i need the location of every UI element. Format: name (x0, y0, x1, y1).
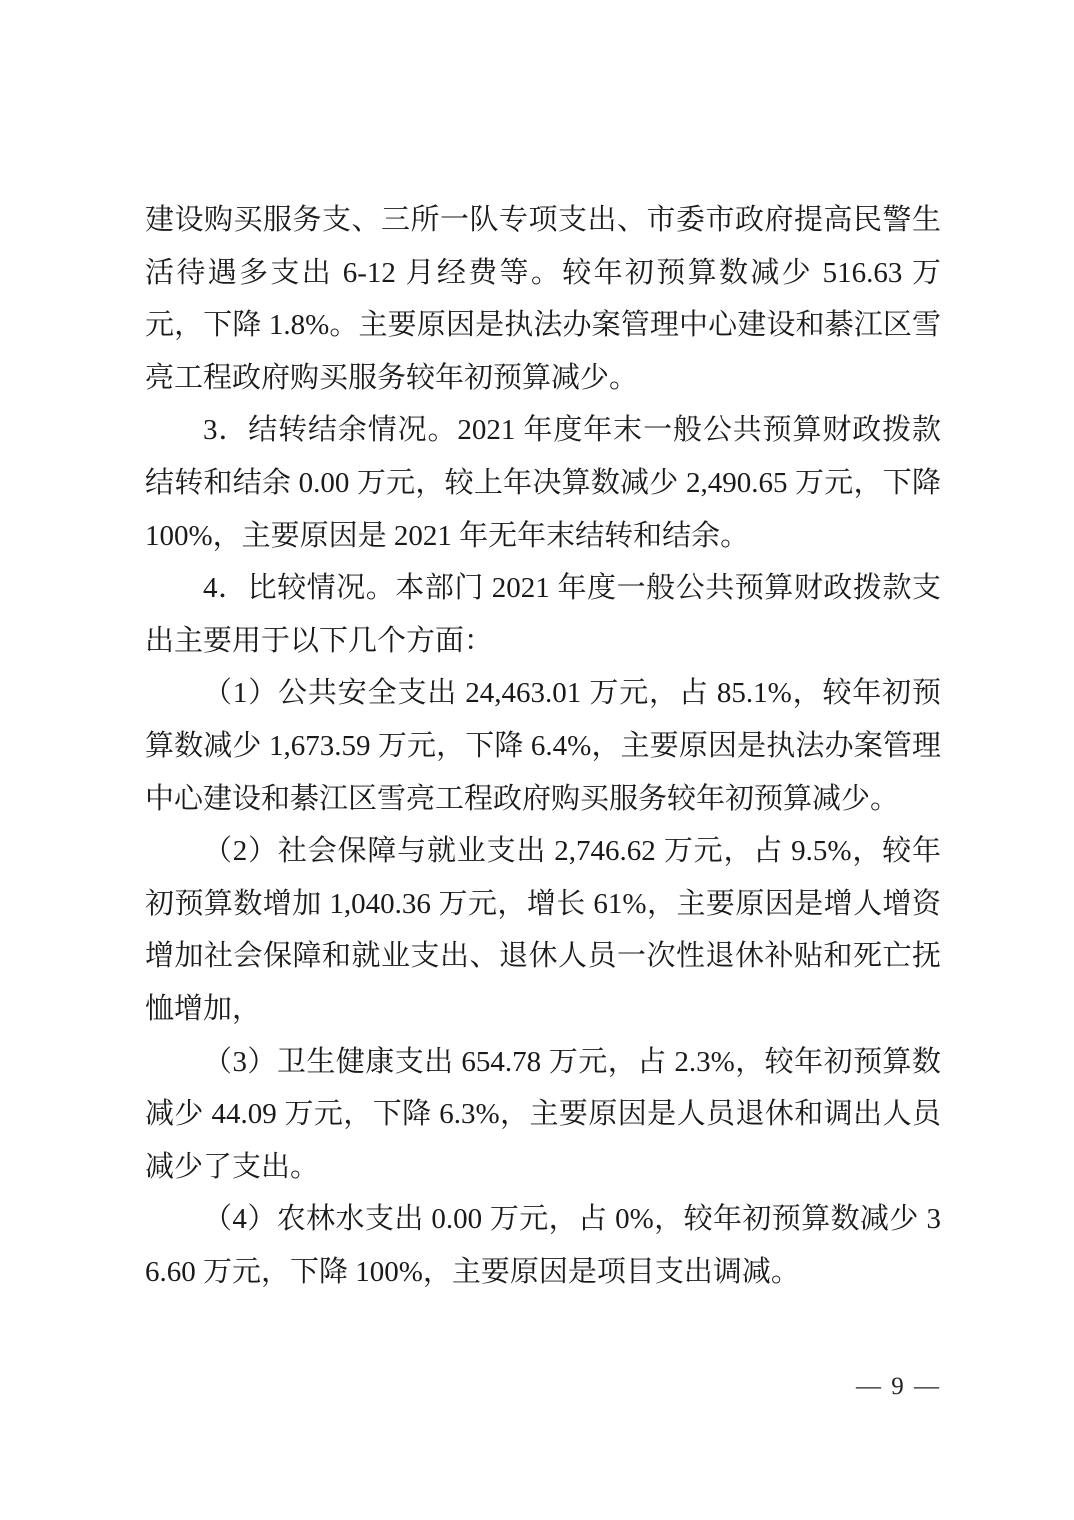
paragraph-item-4-comparison: 4．比较情况。本部门 2021 年度一般公共预算财政拨款支出主要用于以下几个方面… (145, 562, 941, 667)
document-body: 建设购买服务支、三所一队专项支出、市委市政府提高民警生活待遇多支出 6-12 月… (145, 194, 941, 1298)
paragraph-sub-1-public-security: （1）公共安全支出 24,463.01 万元，占 85.1%，较年初预算数减少 … (145, 667, 941, 825)
paragraph-sub-4-agriculture-water: （4）农林水支出 0.00 万元，占 0%，较年初预算数减少 36.60 万元，… (145, 1193, 941, 1298)
paragraph-continuation: 建设购买服务支、三所一队专项支出、市委市政府提高民警生活待遇多支出 6-12 月… (145, 194, 941, 404)
page-footer: — 9 — (145, 1372, 941, 1402)
paragraph-item-3-carryover: 3．结转结余情况。2021 年度年末一般公共预算财政拨款结转和结余 0.00 万… (145, 404, 941, 562)
page-number: — 9 — (856, 1373, 941, 1400)
paragraph-sub-2-social-security: （2）社会保障与就业支出 2,746.62 万元，占 9.5%，较年初预算数增加… (145, 825, 941, 1035)
paragraph-sub-3-health: （3）卫生健康支出 654.78 万元，占 2.3%，较年初预算数减少 44.0… (145, 1036, 941, 1194)
document-page: 建设购买服务支、三所一队专项支出、市委市政府提高民警生活待遇多支出 6-12 月… (0, 0, 1074, 1520)
